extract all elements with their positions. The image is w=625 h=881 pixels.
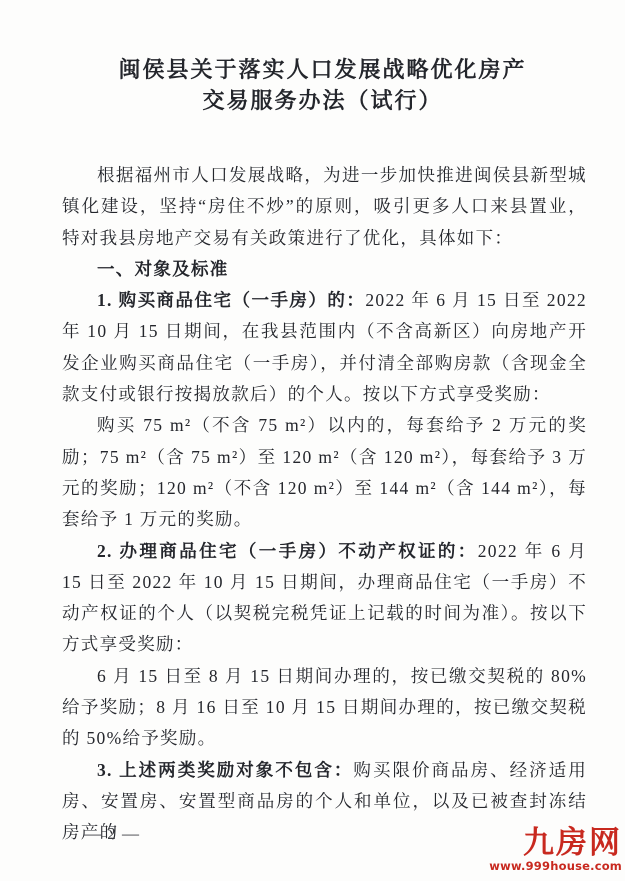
title-line-1: 闽侯县关于落实人口发展战略优化房产 — [60, 54, 585, 85]
item-2-reward-rates: 6 月 15 日至 8 月 15 日期间办理的，按已缴交契税的 80%给予奖励；… — [62, 661, 587, 755]
document-title: 闽侯县关于落实人口发展战略优化房产 交易服务办法（试行） — [60, 54, 585, 116]
item-1-reward-tiers: 购买 75 m²（不含 75 m²）以内的，每套给予 2 万元的奖励；75 m²… — [62, 410, 587, 535]
paragraph-intro-text: 根据福州市人口发展战略，为进一步加快推进闽侯县新型城镇化建设，坚持“房住不炒”的… — [62, 165, 587, 248]
section-heading-1: 一、对象及标准 — [62, 254, 587, 285]
document-body: 根据福州市人口发展战略，为进一步加快推进闽侯县新型城镇化建设，坚持“房住不炒”的… — [62, 160, 587, 849]
item-1-tiers-text: 购买 75 m²（不含 75 m²）以内的，每套给予 2 万元的奖励；75 m²… — [62, 415, 587, 529]
page-number: — 2 — — [84, 824, 140, 844]
watermark: 九房网 www.999house.com — [489, 826, 622, 873]
item-2-rates-text: 6 月 15 日至 8 月 15 日期间办理的，按已缴交契税的 80%给予奖励；… — [62, 666, 587, 749]
watermark-logo: 九房网 — [489, 826, 622, 860]
watermark-url: www.999house.com — [489, 860, 622, 873]
item-3-lead: 3. 上述两类奖励对象不包含： — [97, 760, 353, 780]
item-1-lead: 1. 购买商品住宅（一手房）的： — [97, 290, 365, 310]
document-page: 闽侯县关于落实人口发展战略优化房产 交易服务办法（试行） 根据福州市人口发展战略… — [0, 0, 625, 881]
title-line-2: 交易服务办法（试行） — [60, 85, 585, 116]
item-1-purchase-reward: 1. 购买商品住宅（一手房）的：2022 年 6 月 15 日至 2022 年 … — [62, 285, 587, 410]
paragraph-intro: 根据福州市人口发展战略，为进一步加快推进闽侯县新型城镇化建设，坚持“房住不炒”的… — [62, 160, 587, 254]
section-heading-1-label: 一、对象及标准 — [97, 259, 229, 279]
item-2-lead: 2. 办理商品住宅（一手房）不动产权证的： — [97, 541, 478, 561]
item-2-certificate-reward: 2. 办理商品住宅（一手房）不动产权证的：2022 年 6 月 15 日至 20… — [62, 536, 587, 661]
